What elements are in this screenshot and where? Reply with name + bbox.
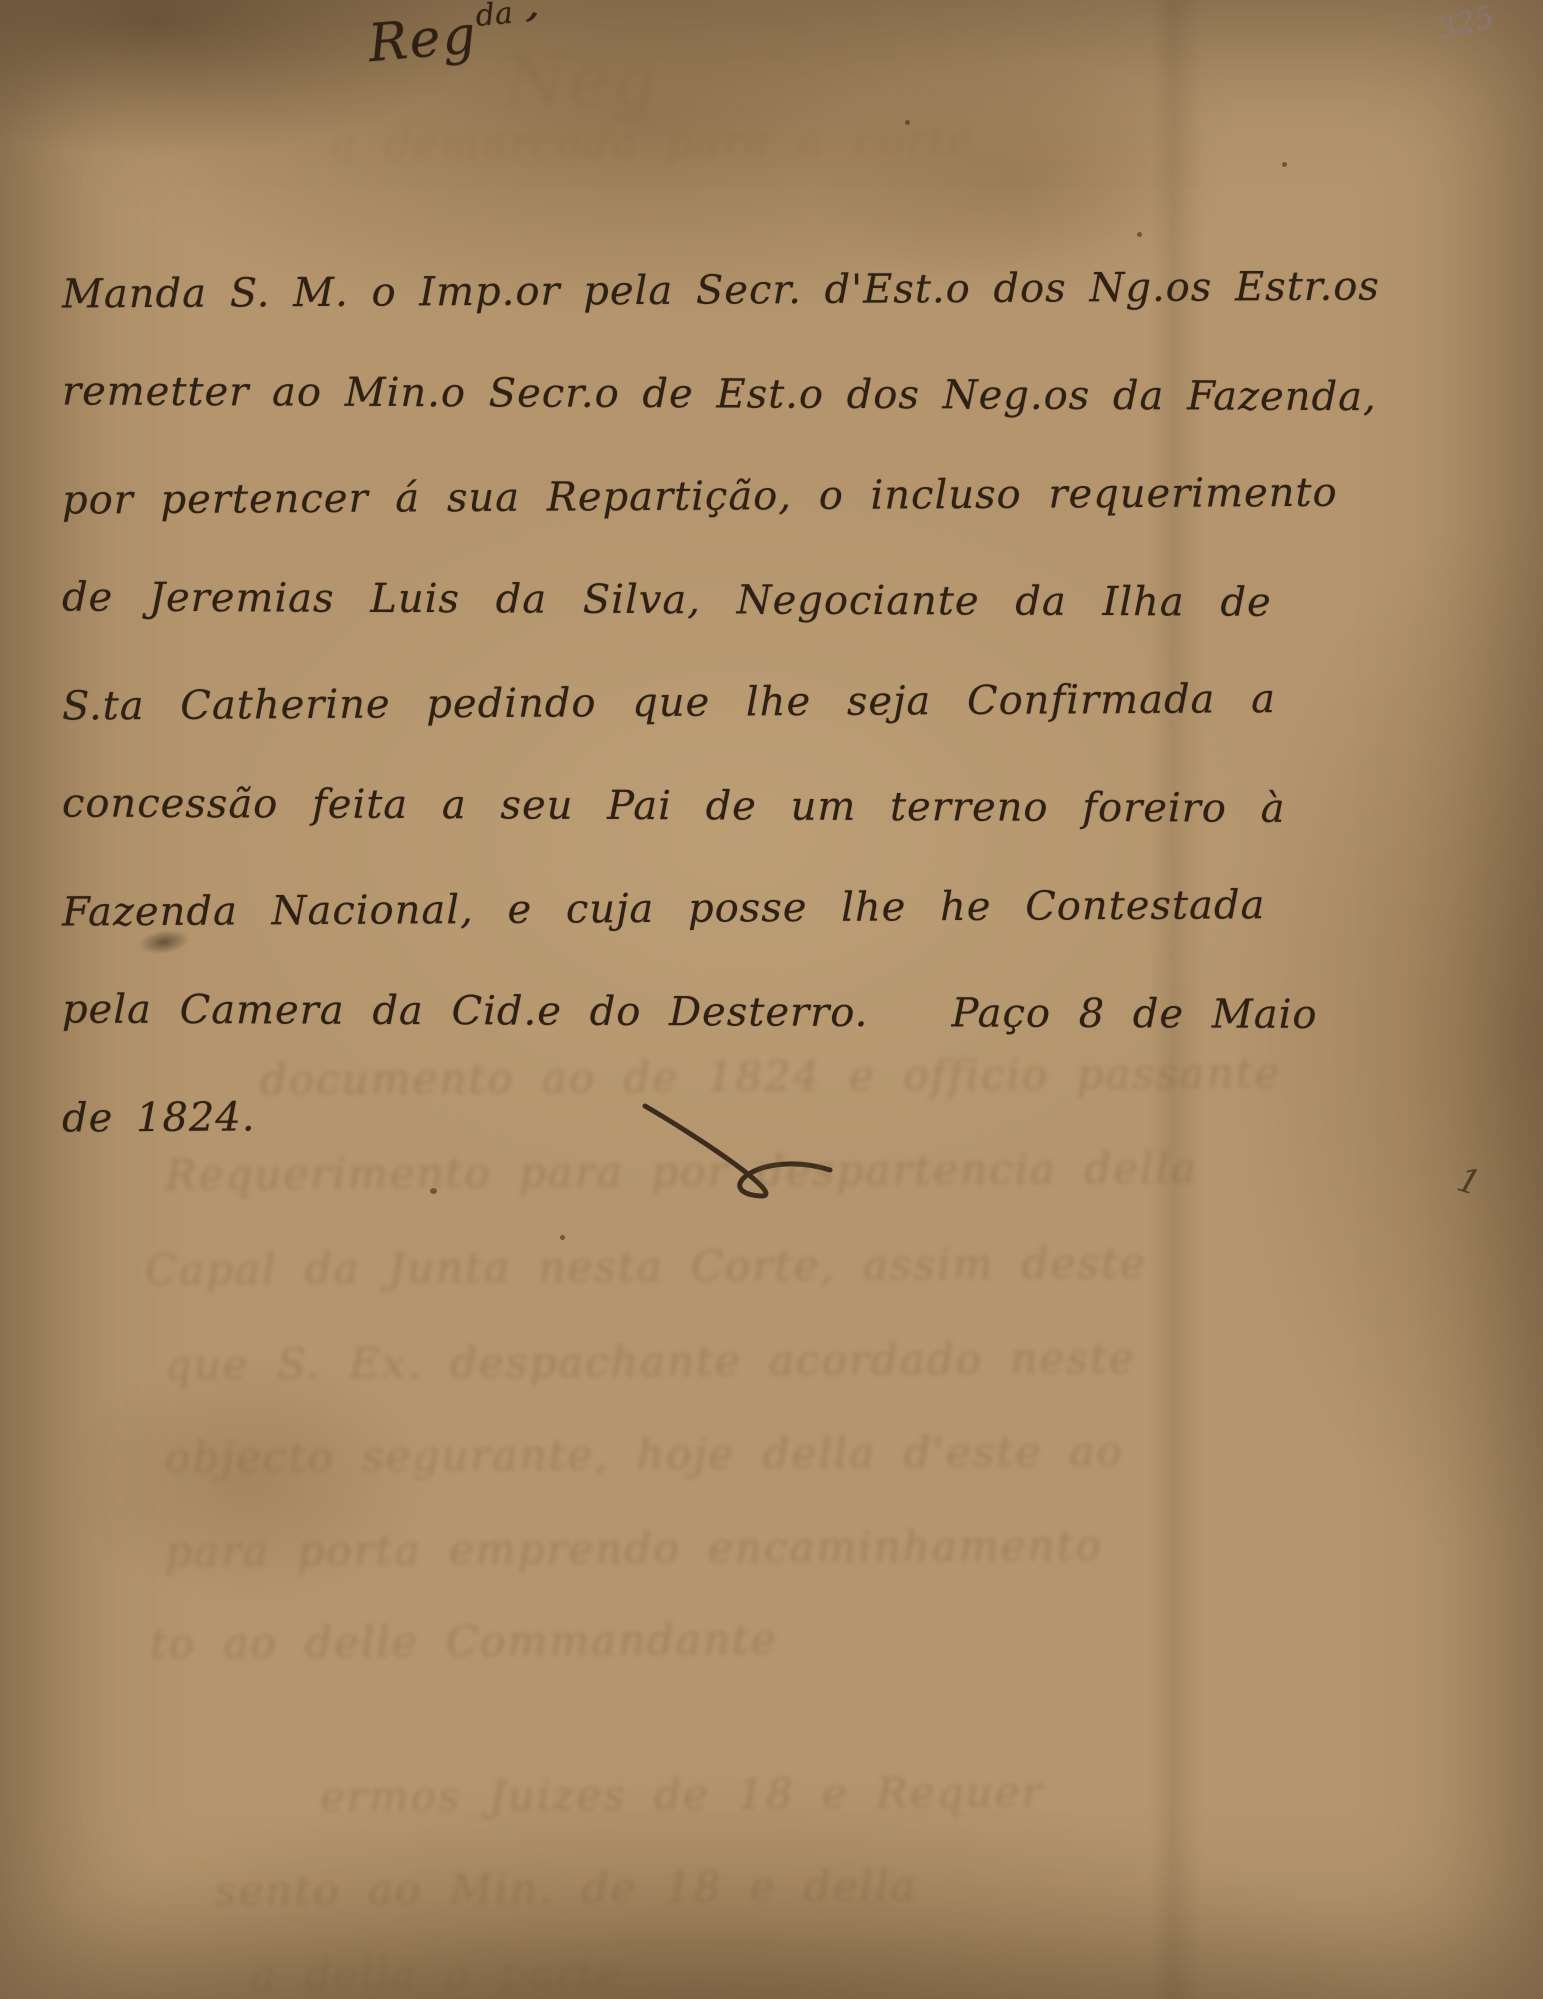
bleedthrough-line: objecto segurante, hoje della d'este ao — [165, 1427, 1124, 1483]
bleedthrough-line: Requerimento para por despartencia della — [165, 1143, 1198, 1199]
margin-ink-mark: 1 — [1452, 1160, 1485, 1205]
registry-header-base: Reg — [366, 5, 480, 74]
body-line: Manda S. M. o Imp.or pela Secr. d'Est.o … — [62, 236, 1223, 346]
body-line: por pertencer á sua Repartição, o inclus… — [62, 442, 1223, 552]
body-line: concessão feita a seu Pai de um terreno … — [62, 752, 1222, 860]
bleedthrough-line: documento ao de 1824 e officio passante — [260, 1048, 1282, 1104]
registry-header: Regda — [365, 0, 517, 74]
bleedthrough-line: Capal da Junta nesta Corte, assim deste — [145, 1239, 1147, 1295]
bleedthrough-line: que S. Ex. despachante acordado neste — [165, 1334, 1136, 1390]
ink-speck — [560, 1235, 565, 1240]
bleedthrough-line: a della a parte — [250, 1949, 624, 1999]
pencil-folio-number: 325 — [1434, 0, 1498, 47]
body-line: S.ta Catherine pedindo que lhe seja Conf… — [62, 648, 1223, 758]
bleedthrough-line: ermos Juizes de 18 e Requer — [320, 1767, 1044, 1821]
ink-speck — [905, 120, 910, 125]
bleedthrough-line: a demarcada para a corte — [330, 116, 975, 169]
bleedthrough-line: sento ao Min. de 18 e della — [215, 1862, 918, 1916]
body-line: de Jeremias Luis da Silva, Negociante da… — [62, 546, 1222, 654]
ink-speck — [1137, 232, 1142, 237]
bleedthrough-line: to ao delle Commandante — [150, 1615, 778, 1668]
manuscript-page: Neg a demarcada para a corte Regda ʼ 325… — [0, 0, 1543, 1999]
body-line: Fazenda Nacional, e cuja posse lhe he Co… — [62, 854, 1223, 964]
body-line: remetter ao Min.o Secr.o de Est.o dos Ne… — [62, 340, 1222, 448]
ink-speck — [1282, 162, 1287, 167]
registry-header-superscript: da — [474, 0, 514, 34]
manuscript-body: Manda S. M. o Imp.or pela Secr. d'Est.o … — [62, 240, 1222, 1167]
bleedthrough-line: para porta emprendo encaminhamento — [165, 1521, 1103, 1577]
